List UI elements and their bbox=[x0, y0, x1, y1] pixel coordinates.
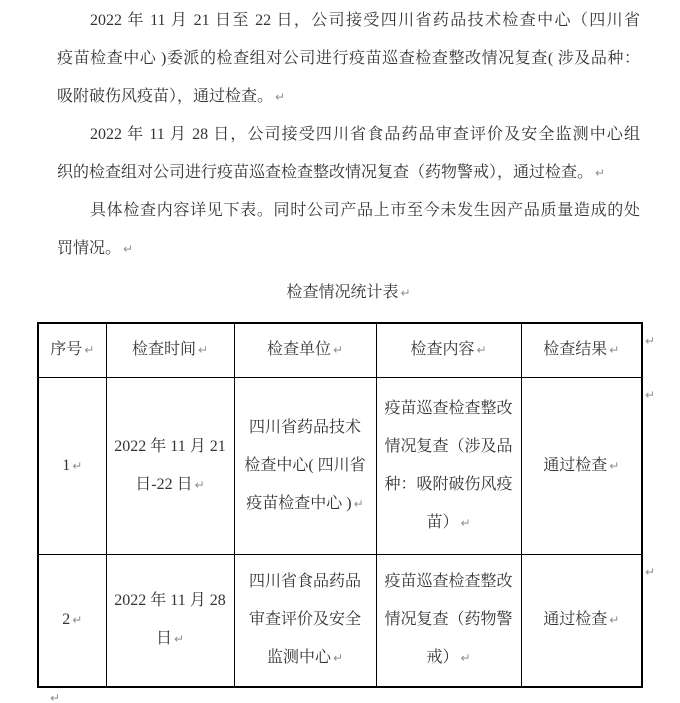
paragraph-return-mark: ↵ bbox=[275, 78, 285, 116]
header-cell-unit: 检查单位↵ bbox=[234, 323, 376, 377]
cell-return-mark: ↵ bbox=[84, 331, 94, 369]
table-title: 检查情况统计表↵ bbox=[57, 274, 640, 312]
row2-result-text: 通过检查 bbox=[543, 611, 607, 628]
cell-return-mark: ↵ bbox=[609, 601, 619, 639]
row2-time-text: 2022 年 11 月 28 日 bbox=[114, 592, 225, 647]
cell-return-mark: ↵ bbox=[476, 331, 486, 369]
header-cell-no: 序号↵ bbox=[38, 323, 106, 377]
paragraph-1-line-2: 疫苗检查中心 )委派的检查组对公司进行疫苗巡查检查整改情况复查( 涉及品种： bbox=[57, 40, 640, 78]
paragraph-2-line-2-text: 织的检查组对公司进行疫苗巡查检查整改情况复查（药物警戒），通过检查。 bbox=[57, 164, 593, 181]
after-table-paragraph: ↵ bbox=[48, 691, 640, 703]
paragraph-1-line-3: 吸附破伤风疫苗），通过检查。↵ bbox=[57, 78, 640, 116]
row-end-mark: ↵ bbox=[645, 565, 655, 579]
paragraph-2-line-1: 2022 年 11 月 28 日，公司接受四川省食品药品审查评价及安全监测中心组 bbox=[57, 116, 640, 154]
inspection-table-wrapper: 序号↵ 检查时间↵ 检查单位↵ 检查内容↵ 检查结果↵ 1↵ 2022 年 11… bbox=[37, 322, 641, 688]
header-result-text: 检查结果 bbox=[543, 341, 607, 358]
cell-row2-unit: 四川省食品药品审查评价及安全监测中心↵ bbox=[234, 554, 376, 687]
paragraph-return-mark: ↵ bbox=[123, 230, 133, 268]
cell-row1-unit: 四川省药品技术检查中心( 四川省疫苗检查中心 )↵ bbox=[234, 377, 376, 554]
paragraph-2: 2022 年 11 月 28 日，公司接受四川省食品药品审查评价及安全监测中心组… bbox=[57, 116, 640, 192]
header-cell-result: 检查结果↵ bbox=[521, 323, 642, 377]
row1-no-text: 1 bbox=[62, 457, 70, 474]
header-time-text: 检查时间 bbox=[132, 341, 196, 358]
cell-return-mark: ↵ bbox=[609, 447, 619, 485]
paragraph-1-line-1: 2022 年 11 月 21 日至 22 日，公司接受四川省药品技术检查中心（四… bbox=[57, 2, 640, 40]
paragraph-2-line-2: 织的检查组对公司进行疫苗巡查检查整改情况复查（药物警戒），通过检查。↵ bbox=[57, 154, 640, 192]
row2-no-text: 2 bbox=[62, 611, 70, 628]
cell-return-mark: ↵ bbox=[195, 466, 205, 504]
cell-return-mark: ↵ bbox=[460, 639, 470, 677]
paragraph-3-line-1: 具体检查内容详见下表。同时公司产品上市至今未发生因产品质量造成的处 bbox=[57, 192, 640, 230]
cell-return-mark: ↵ bbox=[72, 447, 82, 485]
row-end-mark: ↵ bbox=[645, 388, 655, 402]
document-content: 2022 年 11 月 21 日至 22 日，公司接受四川省药品技术检查中心（四… bbox=[0, 0, 680, 703]
paragraph-1: 2022 年 11 月 21 日至 22 日，公司接受四川省药品技术检查中心（四… bbox=[57, 2, 640, 116]
cell-return-mark: ↵ bbox=[174, 620, 184, 658]
row1-unit-text: 四川省药品技术检查中心( 四川省疫苗检查中心 ) bbox=[244, 419, 365, 512]
cell-return-mark: ↵ bbox=[198, 331, 208, 369]
cell-row1-no: 1↵ bbox=[38, 377, 106, 554]
inspection-table: 序号↵ 检查时间↵ 检查单位↵ 检查内容↵ 检查结果↵ 1↵ 2022 年 11… bbox=[37, 322, 643, 688]
cell-return-mark: ↵ bbox=[354, 485, 364, 523]
cell-return-mark: ↵ bbox=[609, 331, 619, 369]
document-page: 2022 年 11 月 21 日至 22 日，公司接受四川省药品技术检查中心（四… bbox=[0, 0, 680, 703]
cell-row2-no: 2↵ bbox=[38, 554, 106, 687]
cell-return-mark: ↵ bbox=[333, 331, 343, 369]
cell-return-mark: ↵ bbox=[460, 504, 470, 542]
cell-row1-content: 疫苗巡查检查整改情况复查（涉及品种：吸附破伤风疫苗）↵ bbox=[376, 377, 521, 554]
table-row: 1↵ 2022 年 11 月 21 日-22 日↵ 四川省药品技术检查中心( 四… bbox=[38, 377, 642, 554]
row2-content-text: 疫苗巡查检查整改情况复查（药物警戒） bbox=[384, 573, 512, 666]
paragraph-return-mark: ↵ bbox=[595, 154, 605, 192]
header-content-text: 检查内容 bbox=[410, 341, 474, 358]
row1-result-text: 通过检查 bbox=[543, 457, 607, 474]
header-cell-content: 检查内容↵ bbox=[376, 323, 521, 377]
cell-row2-content: 疫苗巡查检查整改情况复查（药物警戒）↵ bbox=[376, 554, 521, 687]
row1-content-text: 疫苗巡查检查整改情况复查（涉及品种：吸附破伤风疫苗） bbox=[384, 400, 512, 531]
paragraph-3-line-2-text: 罚情况。 bbox=[57, 240, 121, 257]
header-cell-time: 检查时间↵ bbox=[106, 323, 234, 377]
cell-row2-result: 通过检查↵ bbox=[521, 554, 642, 687]
row-end-mark: ↵ bbox=[645, 334, 655, 348]
cell-return-mark: ↵ bbox=[72, 601, 82, 639]
row2-unit-text: 四川省食品药品审查评价及安全监测中心 bbox=[249, 573, 361, 666]
paragraph-1-line-3-text: 吸附破伤风疫苗），通过检查。 bbox=[57, 88, 273, 105]
header-unit-text: 检查单位 bbox=[267, 341, 331, 358]
cell-row1-time: 2022 年 11 月 21 日-22 日↵ bbox=[106, 377, 234, 554]
row1-time-text: 2022 年 11 月 21 日-22 日 bbox=[114, 438, 225, 493]
paragraph-return-mark: ↵ bbox=[400, 274, 410, 312]
table-title-text: 检查情况统计表 bbox=[286, 284, 398, 301]
cell-return-mark: ↵ bbox=[333, 639, 343, 677]
cell-row2-time: 2022 年 11 月 28 日↵ bbox=[106, 554, 234, 687]
paragraph-3: 具体检查内容详见下表。同时公司产品上市至今未发生因产品质量造成的处 罚情况。↵ bbox=[57, 192, 640, 268]
paragraph-return-mark: ↵ bbox=[50, 691, 60, 703]
table-row: 2↵ 2022 年 11 月 28 日↵ 四川省食品药品审查评价及安全监测中心↵… bbox=[38, 554, 642, 687]
header-no-text: 序号 bbox=[50, 341, 82, 358]
table-header-row: 序号↵ 检查时间↵ 检查单位↵ 检查内容↵ 检查结果↵ bbox=[38, 323, 642, 377]
paragraph-3-line-2: 罚情况。↵ bbox=[57, 230, 640, 268]
cell-row1-result: 通过检查↵ bbox=[521, 377, 642, 554]
